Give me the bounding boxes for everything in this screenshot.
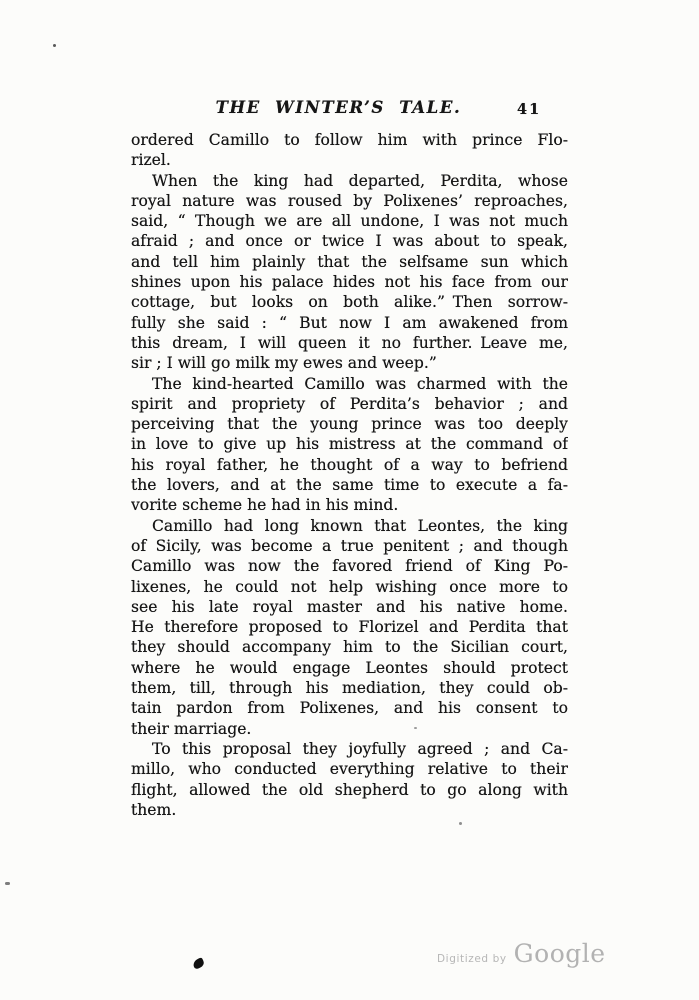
text-line: shines upon his palace hides not his fac…: [131, 272, 568, 292]
page-header: THE WINTER’S TALE. 41: [120, 98, 557, 122]
digitized-by-label: Digitized by: [437, 953, 507, 965]
scanned-book-page: THE WINTER’S TALE. 41 ordered Camillo to…: [0, 0, 699, 1000]
text-line: in love to give up his mistress at the c…: [131, 434, 568, 454]
ink-speck: [5, 882, 10, 885]
ink-speck: [459, 822, 462, 825]
text-line: his royal father, he thought of a way to…: [131, 455, 568, 475]
text-line: ordered Camillo to follow him with princ…: [131, 130, 568, 150]
text-line: this dream, I will queen it no further. …: [131, 333, 568, 353]
text-line: flight, allowed the old shepherd to go a…: [131, 780, 568, 800]
text-line: vorite scheme he had in his mind.: [131, 495, 568, 515]
text-line: where he would engage Leontes should pro…: [131, 658, 568, 678]
text-line: cottage, but looks on both alike.” Then …: [131, 292, 568, 312]
text-line: them, till, through his mediation, they …: [131, 678, 568, 698]
text-block: ordered Camillo to follow him with princ…: [131, 130, 568, 820]
text-line: millo, who conducted everything relative…: [131, 759, 568, 779]
ink-speck: [53, 44, 56, 47]
ink-speck: [414, 727, 417, 729]
text-line: rizel.: [131, 150, 568, 170]
watermark: Digitized by Google: [437, 939, 606, 968]
text-line: tain pardon from Polixenes, and his cons…: [131, 698, 568, 718]
text-line: them.: [131, 800, 568, 820]
text-line: royal nature was roused by Polixenes’ re…: [131, 191, 568, 211]
google-logo: Google: [514, 939, 606, 968]
text-line: of Sicily, was become a true penitent ; …: [131, 536, 568, 556]
text-line: their marriage.: [131, 719, 568, 739]
text-line: lixenes, he could not help wishing once …: [131, 577, 568, 597]
text-line: To this proposal they joyfully agreed ; …: [131, 739, 568, 759]
text-line: sir ; I will go milk my ewes and weep.”: [131, 353, 568, 373]
text-line: and tell him plainly that the selfsame s…: [131, 252, 568, 272]
text-line: said, “ Though we are all undone, I was …: [131, 211, 568, 231]
text-line: perceiving that the young prince was too…: [131, 414, 568, 434]
text-line: The kind-hearted Camillo was charmed wit…: [131, 374, 568, 394]
ink-blot: [192, 957, 206, 970]
text-line: spirit and propriety of Perdita’s behavi…: [131, 394, 568, 414]
running-title: THE WINTER’S TALE.: [120, 98, 557, 117]
text-line: afraid ; and once or twice I was about t…: [131, 231, 568, 251]
text-line: Camillo had long known that Leontes, the…: [131, 516, 568, 536]
text-line: they should accompany him to the Sicilia…: [131, 637, 568, 657]
text-line: He therefore proposed to Florizel and Pe…: [131, 617, 568, 637]
text-line: Camillo was now the favored friend of Ki…: [131, 556, 568, 576]
page-number: 41: [517, 101, 541, 118]
text-line: When the king had departed, Perdita, who…: [131, 171, 568, 191]
text-line: fully she said : “ But now I am awakened…: [131, 313, 568, 333]
text-line: the lovers, and at the same time to exec…: [131, 475, 568, 495]
text-line: see his late royal master and his native…: [131, 597, 568, 617]
